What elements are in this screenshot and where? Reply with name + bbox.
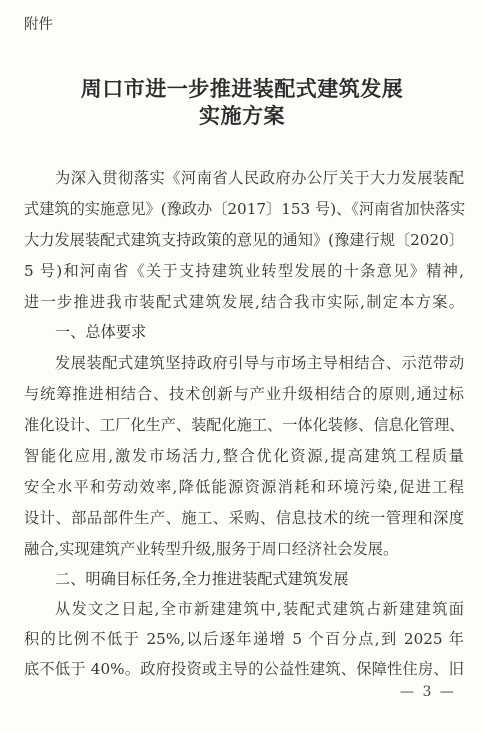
section1-line: 与统筹推进相结合、技术创新与产业升级相结合的原则,通过标 [24, 384, 464, 404]
section1-line: 发展装配式建筑坚持政府引导与市场主导相结合、示范带动 [55, 353, 464, 373]
section1-line: 准化设计、工厂化生产、装配化施工、一体化装修、信息化管理、 [24, 415, 464, 435]
section-heading-2: 二、明确目标任务,全力推进装配式建筑发展 [55, 569, 348, 589]
section1-line: 设计、部品部件生产、施工、采购、信息技术的统一管理和深度 [24, 508, 464, 528]
section-heading-1: 一、总体要求 [55, 322, 146, 342]
section2-line: 从发文之日起,全市新建建筑中,装配式建筑占新建建筑面 [55, 599, 464, 619]
document-title-line-2: 实施方案 [0, 100, 484, 130]
document-page: 附件 周口市进一步推进装配式建筑发展 实施方案 为深入贯彻落实《河南省人民政府办… [0, 0, 484, 733]
section2-line: 积的比例不低于 25%,以后逐年递增 5 个百分点,到 2025 年 [24, 629, 464, 649]
intro-line: 进一步推进我市装配式建筑发展,结合我市实际,制定本方案。 [24, 292, 464, 312]
intro-line: 5 号)和河南省《关于支持建筑业转型发展的十条意见》精神, [24, 261, 464, 281]
section2-line: 底不低于 40%。政府投资或主导的公益性建筑、保障性住房、旧 [24, 659, 464, 679]
section1-line: 安全水平和劳动效率,降低能源资源消耗和环境污染,促进工程 [24, 477, 464, 497]
page-number: — 3 — [400, 684, 456, 700]
intro-line: 式建筑的实施意见》(豫政办〔2017〕153 号)、《河南省加快落实 [24, 199, 464, 219]
intro-line: 为深入贯彻落实《河南省人民政府办公厅关于大力发展装配 [55, 168, 464, 188]
intro-line: 大力发展装配式建筑支持政策的意见的通知》(豫建行规〔2020〕 [24, 230, 464, 250]
section1-line: 智能化应用,激发市场活力,整合优化资源,提高建筑工程质量 [24, 446, 464, 466]
document-title-line-1: 周口市进一步推进装配式建筑发展 [16, 73, 468, 103]
section1-line: 融合,实现建筑产业转型升级,服务于周口经济社会发展。 [24, 539, 464, 559]
attachment-label: 附件 [24, 13, 53, 34]
